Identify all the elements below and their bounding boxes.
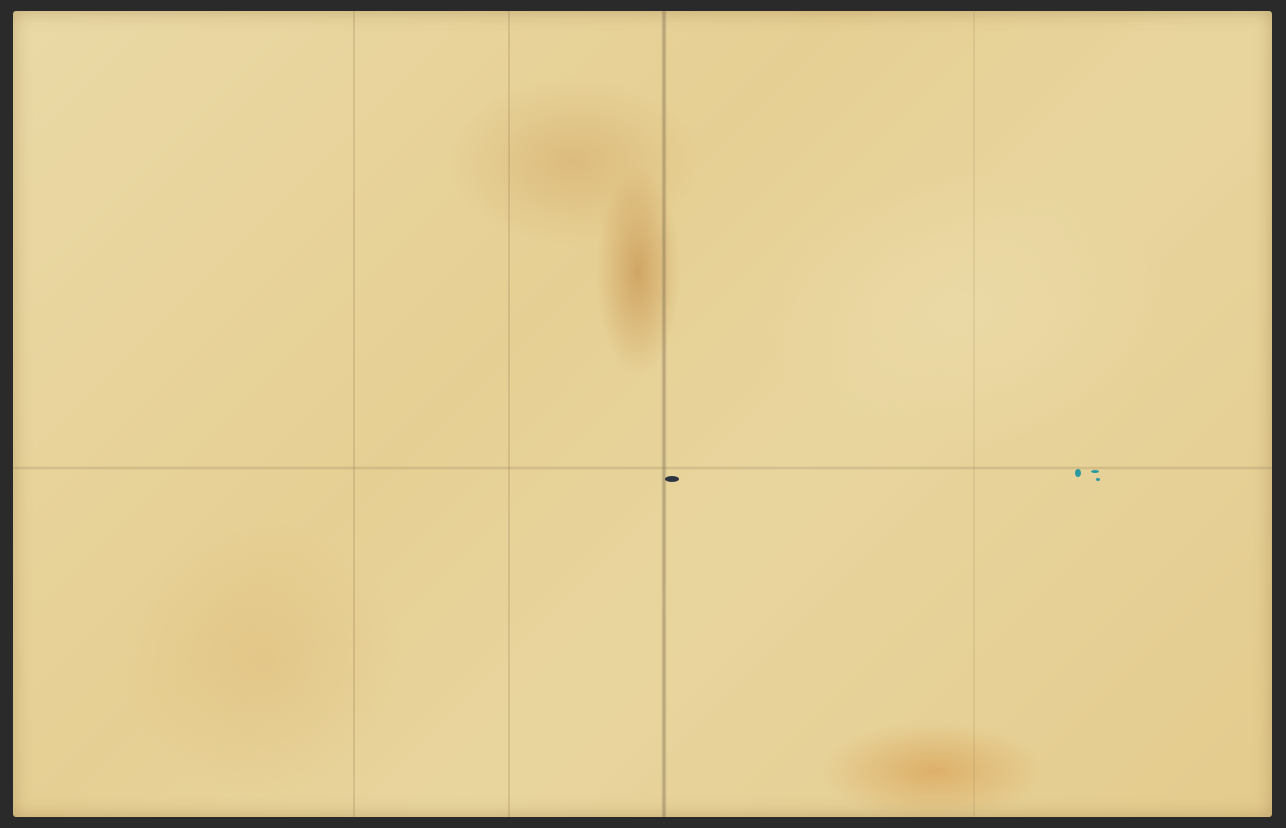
crease-line — [508, 11, 510, 817]
aged-paper-note — [13, 11, 1272, 817]
ink-spot — [1075, 469, 1081, 477]
ink-spot — [1091, 470, 1099, 473]
fold-hole — [665, 476, 679, 482]
ink-spot — [1096, 478, 1100, 481]
horizontal-fold — [13, 466, 1272, 470]
vertical-fold — [661, 11, 667, 817]
crease-line — [973, 11, 975, 817]
crease-line — [353, 11, 355, 817]
